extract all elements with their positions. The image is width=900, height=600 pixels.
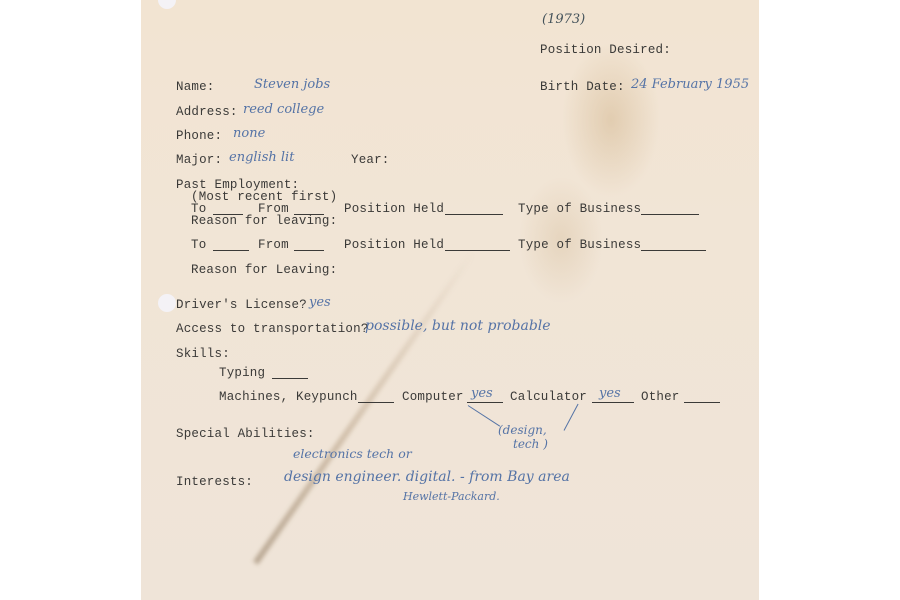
to-label: To (191, 238, 206, 252)
reason-for-leaving-label: Reason for Leaving: (191, 263, 337, 277)
to-blank (213, 238, 249, 251)
design-tech-annotation-1: (design, (498, 423, 547, 437)
other-blank (684, 390, 720, 403)
type-of-business-label: Type of Business (518, 238, 641, 252)
position-held-label: Position Held (344, 202, 444, 216)
keypunch-blank (358, 390, 394, 403)
position-held-blank (445, 202, 503, 215)
calculator-value: yes (599, 386, 621, 401)
job-application-page: (1973) Position Desired: Name: Steven jo… (141, 0, 759, 600)
computer-label: Computer (402, 390, 464, 404)
from-blank (294, 238, 324, 251)
arrow-to-computer (468, 405, 500, 427)
year-note: (1973) (542, 12, 585, 27)
interests-label: Interests: (176, 475, 253, 489)
drivers-license-label: Driver's License? (176, 298, 307, 312)
arrow-to-calculator (564, 404, 579, 431)
address-label: Address: (176, 105, 238, 119)
typing-label: Typing (219, 366, 265, 380)
special-abilities-value: electronics tech or (293, 446, 412, 461)
from-label: From (258, 238, 289, 252)
position-held-label: Position Held (344, 238, 444, 252)
name-value: Steven jobs (254, 77, 330, 92)
birth-date-value: 24 February 1955 (631, 77, 749, 92)
drivers-license-value: yes (309, 295, 331, 310)
calculator-label: Calculator (510, 390, 587, 404)
interests-value-line2: Hewlett-Packard. (403, 490, 500, 503)
birth-date-label: Birth Date: (540, 80, 625, 94)
hole-punch-middle (158, 294, 176, 312)
position-held-blank (445, 238, 510, 251)
reason-for-leaving-label: Reason for leaving: (191, 214, 337, 228)
typing-blank (272, 366, 308, 379)
skills-label: Skills: (176, 347, 230, 361)
type-of-business-blank (641, 202, 699, 215)
address-value: reed college (243, 102, 324, 117)
hole-punch-top (158, 0, 176, 9)
phone-label: Phone: (176, 129, 222, 143)
type-of-business-blank (641, 238, 706, 251)
transportation-label: Access to transportation? (176, 322, 369, 336)
special-abilities-label: Special Abilities: (176, 427, 315, 441)
interests-value-line1: design engineer. digital. - from Bay are… (284, 469, 570, 485)
major-label: Major: (176, 153, 222, 167)
keypunch-label: Machines, Keypunch (219, 390, 358, 404)
major-value: english lit (229, 150, 294, 165)
position-desired-label: Position Desired: (540, 43, 671, 57)
name-label: Name: (176, 80, 215, 94)
other-label: Other (641, 390, 680, 404)
phone-value: none (233, 126, 265, 141)
type-of-business-label: Type of Business (518, 202, 641, 216)
transportation-value: possible, but not probable (365, 318, 551, 334)
year-label: Year: (351, 153, 390, 167)
computer-value: yes (471, 386, 493, 401)
design-tech-annotation-2: tech ) (513, 437, 548, 451)
